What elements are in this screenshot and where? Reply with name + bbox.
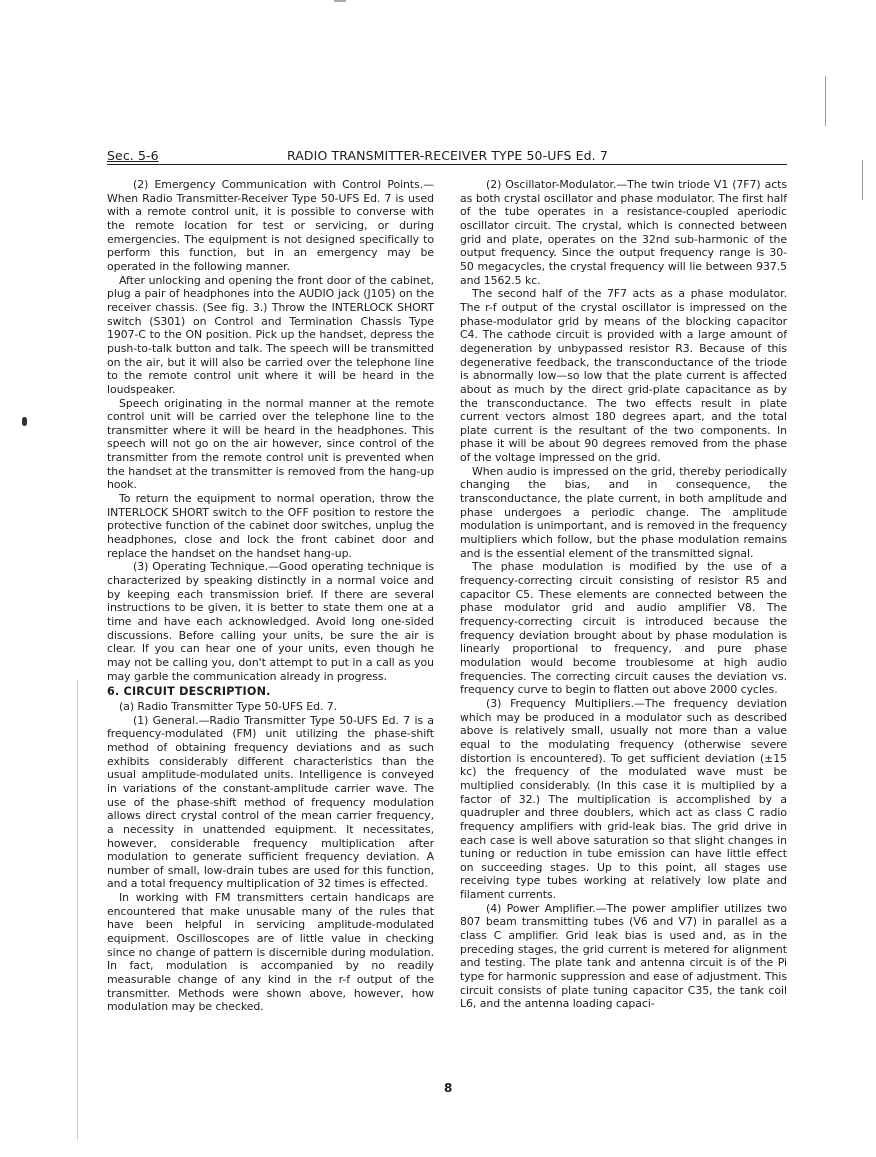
paragraph-general: (1) General.—Radio Transmitter Type 50-U…: [107, 714, 434, 892]
right-column: (2) Oscillator-Modulator.—The twin triod…: [460, 178, 787, 1011]
paragraph-emergency-communication: (2) Emergency Communication with Control…: [107, 178, 434, 274]
paragraph-phase-modulator: The second half of the 7F7 acts as a pha…: [460, 287, 787, 465]
scan-artifact-edge: [77, 680, 78, 1140]
paragraph-oscillator-modulator: (2) Oscillator-Modulator.—The twin triod…: [460, 178, 787, 287]
paragraph-audio-grid: When audio is impressed on the grid, the…: [460, 465, 787, 561]
scan-artifact-edge: [825, 76, 826, 126]
scan-artifact-dot: [22, 417, 27, 426]
paragraph-operating-technique: (3) Operating Technique.—Good operating …: [107, 560, 434, 683]
scan-artifact-mark: [334, 0, 346, 2]
paragraph-remote-speech: Speech originating in the normal manner …: [107, 397, 434, 493]
page-number: 8: [444, 1081, 452, 1095]
paragraph-frequency-correcting: The phase modulation is modified by the …: [460, 560, 787, 697]
paragraph-headphones-procedure: After unlocking and opening the front do…: [107, 274, 434, 397]
section-number: Sec. 5-6: [107, 148, 159, 163]
subsection-heading-transmitter: (a) Radio Transmitter Type 50-UFS Ed. 7.: [107, 700, 434, 714]
section-heading-circuit-description: 6. CIRCUIT DESCRIPTION.: [107, 685, 434, 699]
running-header: Sec. 5-6 RADIO TRANSMITTER-RECEIVER TYPE…: [107, 148, 787, 165]
paragraph-return-to-normal: To return the equipment to normal operat…: [107, 492, 434, 560]
document-title: RADIO TRANSMITTER-RECEIVER TYPE 50-UFS E…: [287, 148, 747, 163]
scan-artifact-edge: [862, 160, 863, 200]
left-column: (2) Emergency Communication with Control…: [107, 178, 434, 1014]
paragraph-fm-handicaps: In working with FM transmitters certain …: [107, 891, 434, 1014]
document-page: Sec. 5-6 RADIO TRANSMITTER-RECEIVER TYPE…: [0, 0, 876, 1157]
paragraph-power-amplifier: (4) Power Amplifier.—The power amplifier…: [460, 902, 787, 1011]
paragraph-frequency-multipliers: (3) Frequency Multipliers.—The frequency…: [460, 697, 787, 902]
